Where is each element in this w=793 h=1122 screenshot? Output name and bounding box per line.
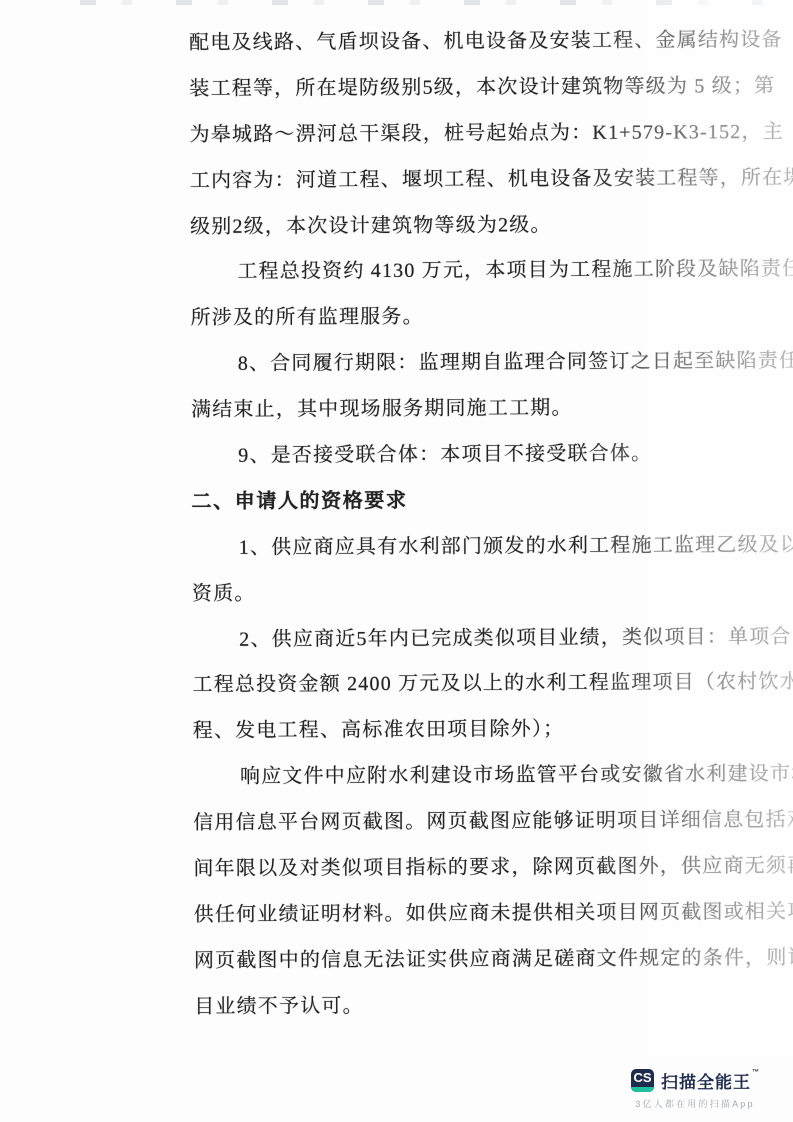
text-line: 响应文件中应附水利建设市场监管平台或安徽省水利建设市场 [193,752,793,801]
section-heading: 二、申请人的资格要求 [191,476,793,525]
camscanner-watermark: CS 扫描全能王™ 3亿人都在用的扫描App [609,1068,781,1110]
text-line: 满结束止，其中现场服务期同施工工期。 [191,385,793,434]
text-line: 目业绩不予认可。 [194,981,793,1030]
text-line: 2、供应商近5年内已完成类似项目业绩，类似项目：单项合 [192,614,793,663]
trademark-symbol: ™ [752,1069,760,1076]
text-line: 级别2级，本次设计建筑物等级为2级。 [190,201,793,250]
text-line: 为皋城路～淠河总干渠段，桩号起始点为：K1+579-K3-152，主 [189,109,793,158]
text-line: 程、发电工程、高标准农田项目除外）； [193,706,793,755]
text-line: 供任何业绩证明材料。如供应商未提供相关项目网页截图或相关项 [194,890,793,939]
camscanner-logo-icon: CS [631,1069,654,1092]
text-line: 工程总投资约 4130 万元，本项目为工程施工阶段及缺陷责任 [190,247,793,296]
text-line: 信用信息平台网页截图。网页截图应能够证明项目详细信息包括对 [193,798,793,847]
text-line: 网页截图中的信息无法证实供应商满足磋商文件规定的条件，则该 [194,935,793,984]
text-line: 装工程等，所在堤防级别5级，本次设计建筑物等级为 5 级；第 [189,63,793,112]
camscanner-logo-letters: CS [633,1069,651,1087]
scan-artifact-top-edge [80,0,763,5]
watermark-brand-row: CS 扫描全能王™ [609,1068,781,1093]
watermark-brand-text: 扫描全能王™ [661,1068,759,1093]
scanned-document-page: 配电及线路、气盾坝设备、机电设备及安装工程、金属结构设备 装工程等，所在堤防级别… [0,0,793,1122]
watermark-subtitle: 3亿人都在用的扫描App [609,1097,781,1110]
text-line: 9、是否接受联合体：本项目不接受联合体。 [191,431,793,480]
text-line: 工程总投资金额 2400 万元及以上的水利工程监理项目（农村饮水工 [192,660,793,709]
text-line: 配电及线路、气盾坝设备、机电设备及安装工程、金属结构设备 [189,18,793,67]
text-line: 1、供应商应具有水利部门颁发的水利工程施工监理乙级及以 [192,522,793,571]
text-line: 所涉及的所有监理服务。 [190,293,793,342]
text-line: 间年限以及对类似项目指标的要求，除网页截图外，供应商无须再 [193,844,793,893]
document-text-column: 配电及线路、气盾坝设备、机电设备及安装工程、金属结构设备 装工程等，所在堤防级别… [189,18,793,1031]
text-line: 资质。 [192,568,793,617]
text-line: 工内容为：河道工程、堰坝工程、机电设备及安装工程等，所在堤 [190,155,793,204]
text-line: 8、合同履行期限：监理期自监理合同签订之日起至缺陷责任 [191,339,793,388]
